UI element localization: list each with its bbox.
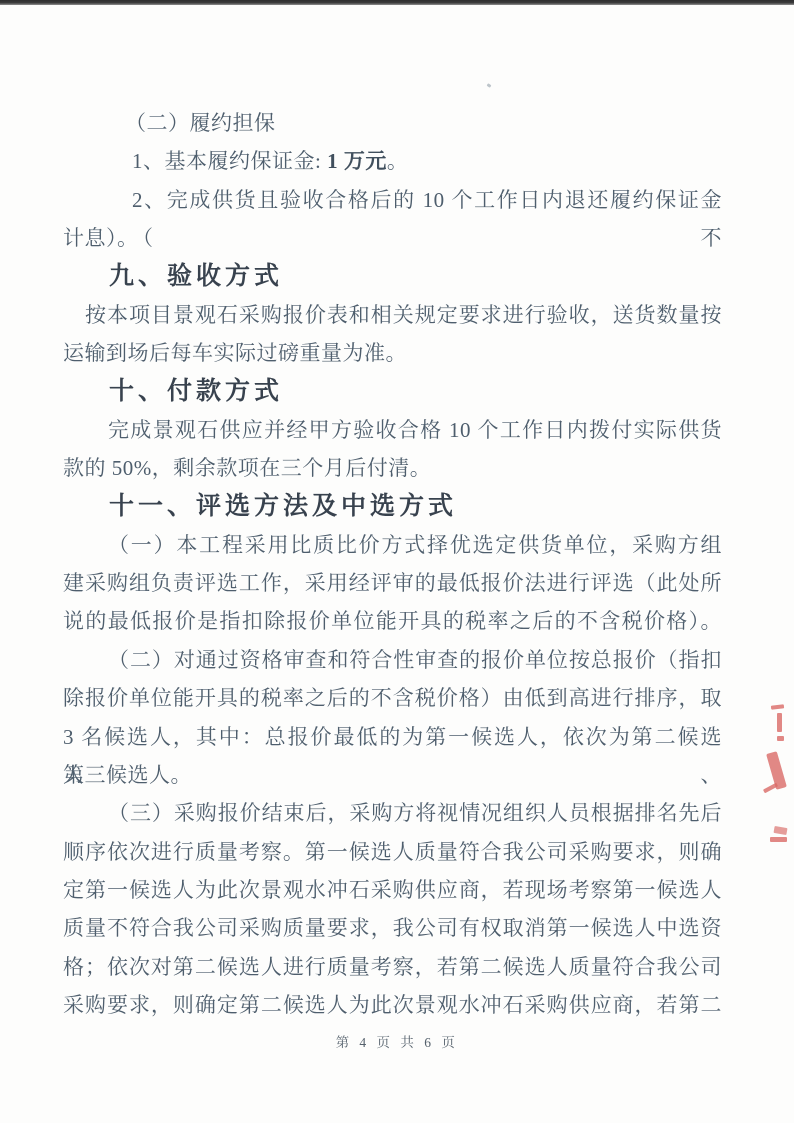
doc-line: 采购要求，则确定第二候选人为此次景观水冲石采购供应商，若第二 <box>63 986 722 1024</box>
doc-line: 定第一候选人为此次景观水冲石采购供应商，若现场考察第一候选人 <box>63 871 722 909</box>
doc-line: 运输到场后每车实际过磅重量为准。 <box>63 334 722 372</box>
doc-line: （三）采购报价结束后，采购方将视情况组织人员根据排名先后 <box>63 794 722 832</box>
seal-fragment-icon <box>770 837 787 842</box>
scan-speck <box>487 83 492 88</box>
doc-line: （一）本工程采用比质比价方式择优选定供货单位，采购方组 <box>63 526 722 564</box>
doc-line: 除报价单位能开具的税率之后的不含税价格）由低到高进行排序，取 <box>63 679 722 717</box>
line-suffix: 。 <box>387 149 409 173</box>
section-heading: 十、付款方式 <box>63 372 722 410</box>
doc-line: 建采购组负责评选工作，采用经评审的最低报价法进行评选（此处所 <box>63 564 722 602</box>
doc-line: 格；依次对第二候选人进行质量考察，若第二候选人质量符合我公司 <box>63 948 722 986</box>
section-heading: 十一、评选方法及中选方式 <box>63 487 722 525</box>
page-number: 第 4 页 共 6 页 <box>0 1031 794 1051</box>
doc-line: 完成景观石供应并经甲方验收合格 10 个工作日内拨付实际供货 <box>63 411 722 449</box>
seal-fragment-icon <box>777 713 782 732</box>
seal-fragment-icon <box>773 826 787 835</box>
section-heading: 九、验收方式 <box>63 257 722 295</box>
seal-fragment-icon <box>771 704 784 709</box>
doc-line: 1、基本履约保证金: 1 万元。 <box>63 142 722 180</box>
doc-line: 3 名候选人，其中：总报价最低的为第一候选人，依次为第二候选人、 <box>63 718 722 756</box>
doc-line: （二）对通过资格审查和符合性审查的报价单位按总报价（指扣 <box>63 641 722 679</box>
doc-line: 2、完成供货且验收合格后的 10 个工作日内退还履约保证金（不 <box>63 181 722 219</box>
doc-line: （二）履约担保 <box>63 104 722 142</box>
doc-line: 质量不符合我公司采购质量要求，我公司有权取消第一候选人中选资 <box>63 909 722 947</box>
doc-line: 说的最低报价是指扣除报价单位能开具的税率之后的不含税价格）。 <box>63 602 722 640</box>
doc-line: 款的 50%，剩余款项在三个月后付清。 <box>63 449 722 487</box>
scan-edge-artifact <box>0 0 794 5</box>
bold-amount: 1 万元 <box>327 149 387 173</box>
document-page: （二）履约担保 1、基本履约保证金: 1 万元。 2、完成供货且验收合格后的 1… <box>0 0 794 1123</box>
doc-line: 顺序依次进行质量考察。第一候选人质量符合我公司采购要求，则确 <box>63 833 722 871</box>
document-body: （二）履约担保 1、基本履约保证金: 1 万元。 2、完成供货且验收合格后的 1… <box>63 104 722 1024</box>
seal-fragment-icon <box>777 736 784 741</box>
line-prefix: 1、基本履约保证金: <box>132 149 327 173</box>
doc-line: 按本项目景观石采购报价表和相关规定要求进行验收，送货数量按 <box>63 296 722 334</box>
